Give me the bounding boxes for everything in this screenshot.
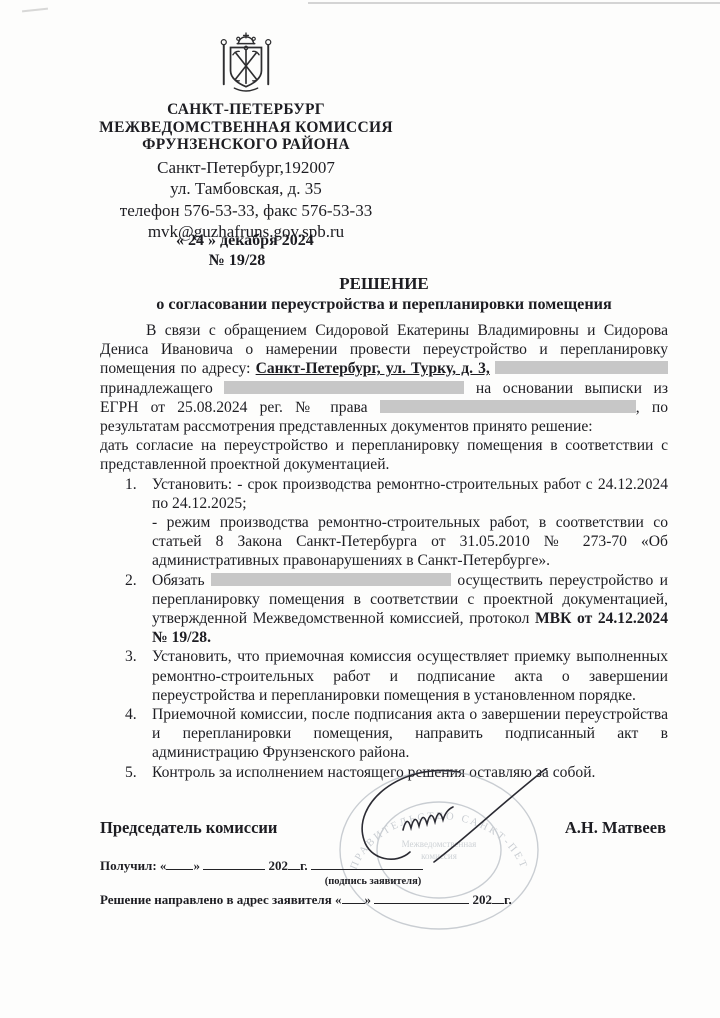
item-number: 3.	[125, 647, 152, 705]
letterhead: САНКТ-ПЕТЕРБУРГ МЕЖВЕДОМСТВЕННАЯ КОМИССИ…	[86, 30, 406, 243]
item-paragraph: Приемочной комиссии, после подписания ак…	[152, 705, 668, 763]
footer-fill-in-block: Получил: «» 202г. (подпись заявителя) Ре…	[100, 858, 668, 907]
resolution-item-2: 2. Обязать осуществить переустройство и …	[100, 571, 668, 648]
text-segment: Обязать	[152, 572, 211, 589]
document-meta: « 24 » декабря 2024 № 19/28	[176, 231, 314, 271]
received-line: Получил: «» 202г.	[100, 858, 668, 873]
fill-in-blank	[166, 859, 193, 870]
org-street-address: ул. Тамбовская, д. 35	[86, 178, 406, 200]
stamp-center-line-1: Межведомственная	[402, 839, 477, 849]
item-paragraph: Контроль за исполнением настоящего решен…	[152, 763, 668, 782]
org-name-line-2: МЕЖВЕДОМСТВЕННАЯ КОМИССИЯ	[86, 119, 406, 137]
document-page: САНКТ-ПЕТЕРБУРГ МЕЖВЕДОМСТВЕННАЯ КОМИССИ…	[0, 0, 720, 1018]
document-body: В связи с обращением Сидоровой Екатерины…	[100, 321, 668, 782]
item-number: 5.	[125, 763, 152, 782]
fill-in-blank	[342, 893, 365, 904]
document-number: № 19/28	[176, 251, 298, 271]
org-name-line-3: ФРУНЗЕНСКОГО РАЙОНА	[86, 136, 406, 154]
redacted-text	[380, 400, 636, 413]
redacted-text	[211, 573, 451, 586]
text-segment: г.	[504, 892, 512, 907]
resolution-item-1: 1. Установить: - срок производства ремон…	[100, 475, 668, 571]
signer-role: Председатель комиссии	[100, 818, 277, 838]
text-segment: - режим производства ремонтно-строительн…	[152, 514, 668, 569]
text-segment: Решение направлено в адрес заявителя «	[100, 892, 342, 907]
text-segment: Приемочной комиссии, после подписания ак…	[152, 706, 668, 761]
item-paragraph: Обязать осуществить переустройство и пер…	[152, 571, 668, 648]
sent-line: Решение направлено в адрес заявителя «» …	[100, 892, 668, 907]
text-segment: »	[193, 858, 203, 873]
item-paragraph: Установить: - срок производства ремонтно…	[152, 475, 668, 513]
decision-lead-paragraph: дать согласие на переустройство и перепл…	[100, 436, 668, 474]
intro-paragraph: В связи с обращением Сидоровой Екатерины…	[100, 321, 668, 436]
text-segment: Контроль за исполнением настоящего решен…	[152, 764, 595, 781]
spb-coat-of-arms-icon	[217, 30, 275, 94]
item-paragraph: - режим производства ремонтно-строительн…	[152, 513, 668, 571]
resolution-item-3: 3. Установить, что приемочная комиссия о…	[100, 647, 668, 705]
fill-in-blank	[311, 859, 423, 870]
text-segment: 202	[265, 858, 288, 873]
signature-caption: (подпись заявителя)	[312, 874, 434, 889]
text-segment: 202	[469, 892, 492, 907]
item-content: Установить, что приемочная комиссия осущ…	[152, 647, 668, 705]
text-segment: »	[365, 892, 375, 907]
official-round-stamp: ПРАВИТЕЛЬСТВО САНКТ-ПЕТЕРБУРГА Межведомс…	[333, 762, 545, 934]
document-subtitle: о согласовании переустройства и переплан…	[100, 295, 668, 314]
redacted-text	[224, 381, 464, 394]
scan-artifact-line	[308, 2, 720, 4]
document-title: РЕШЕНИЕ	[100, 274, 668, 294]
org-phone-fax: телефон 576-53-33, факс 576-53-33	[86, 200, 406, 222]
signature-row: Председатель комиссии А.Н. Матвеев	[100, 818, 666, 838]
item-number: 4.	[125, 705, 152, 763]
org-name-line-1: САНКТ-ПЕТЕРБУРГ	[86, 101, 406, 119]
resolution-item-5: 5. Контроль за исполнением настоящего ре…	[100, 763, 668, 782]
scan-artifact-mark	[22, 8, 48, 13]
item-content: Обязать осуществить переустройство и пер…	[152, 571, 668, 648]
text-segment: Установить: - срок производства ремонтно…	[152, 476, 668, 512]
text-segment: дать согласие на переустройство и перепл…	[100, 437, 668, 473]
item-number: 2.	[125, 571, 152, 648]
fill-in-blank	[374, 893, 469, 904]
text-segment: Установить, что приемочная комиссия осущ…	[152, 648, 668, 703]
text-segment: принадлежащего	[100, 380, 224, 397]
item-content: Контроль за исполнением настоящего решен…	[152, 763, 668, 782]
resolution-item-4: 4. Приемочной комиссии, после подписания…	[100, 705, 668, 763]
item-paragraph: Установить, что приемочная комиссия осущ…	[152, 647, 668, 705]
text-segment: Санкт-Петербург, ул. Турку, д. 3,	[256, 360, 490, 377]
text-segment: Получил: «	[100, 858, 166, 873]
fill-in-blank	[203, 859, 265, 870]
item-number: 1.	[125, 475, 152, 571]
fill-in-blank	[492, 893, 504, 904]
title-block: РЕШЕНИЕ о согласовании переустройства и …	[100, 274, 668, 314]
org-contact-block: Санкт-Петербург,192007 ул. Тамбовская, д…	[86, 157, 406, 243]
redacted-text	[495, 361, 668, 374]
item-content: Приемочной комиссии, после подписания ак…	[152, 705, 668, 763]
text-segment: г.	[300, 858, 311, 873]
item-content: Установить: - срок производства ремонтно…	[152, 475, 668, 571]
org-postal-code: Санкт-Петербург,192007	[86, 157, 406, 179]
signer-name: А.Н. Матвеев	[565, 818, 666, 838]
document-date: « 24 » декабря 2024	[176, 231, 314, 251]
fill-in-blank	[288, 859, 300, 870]
